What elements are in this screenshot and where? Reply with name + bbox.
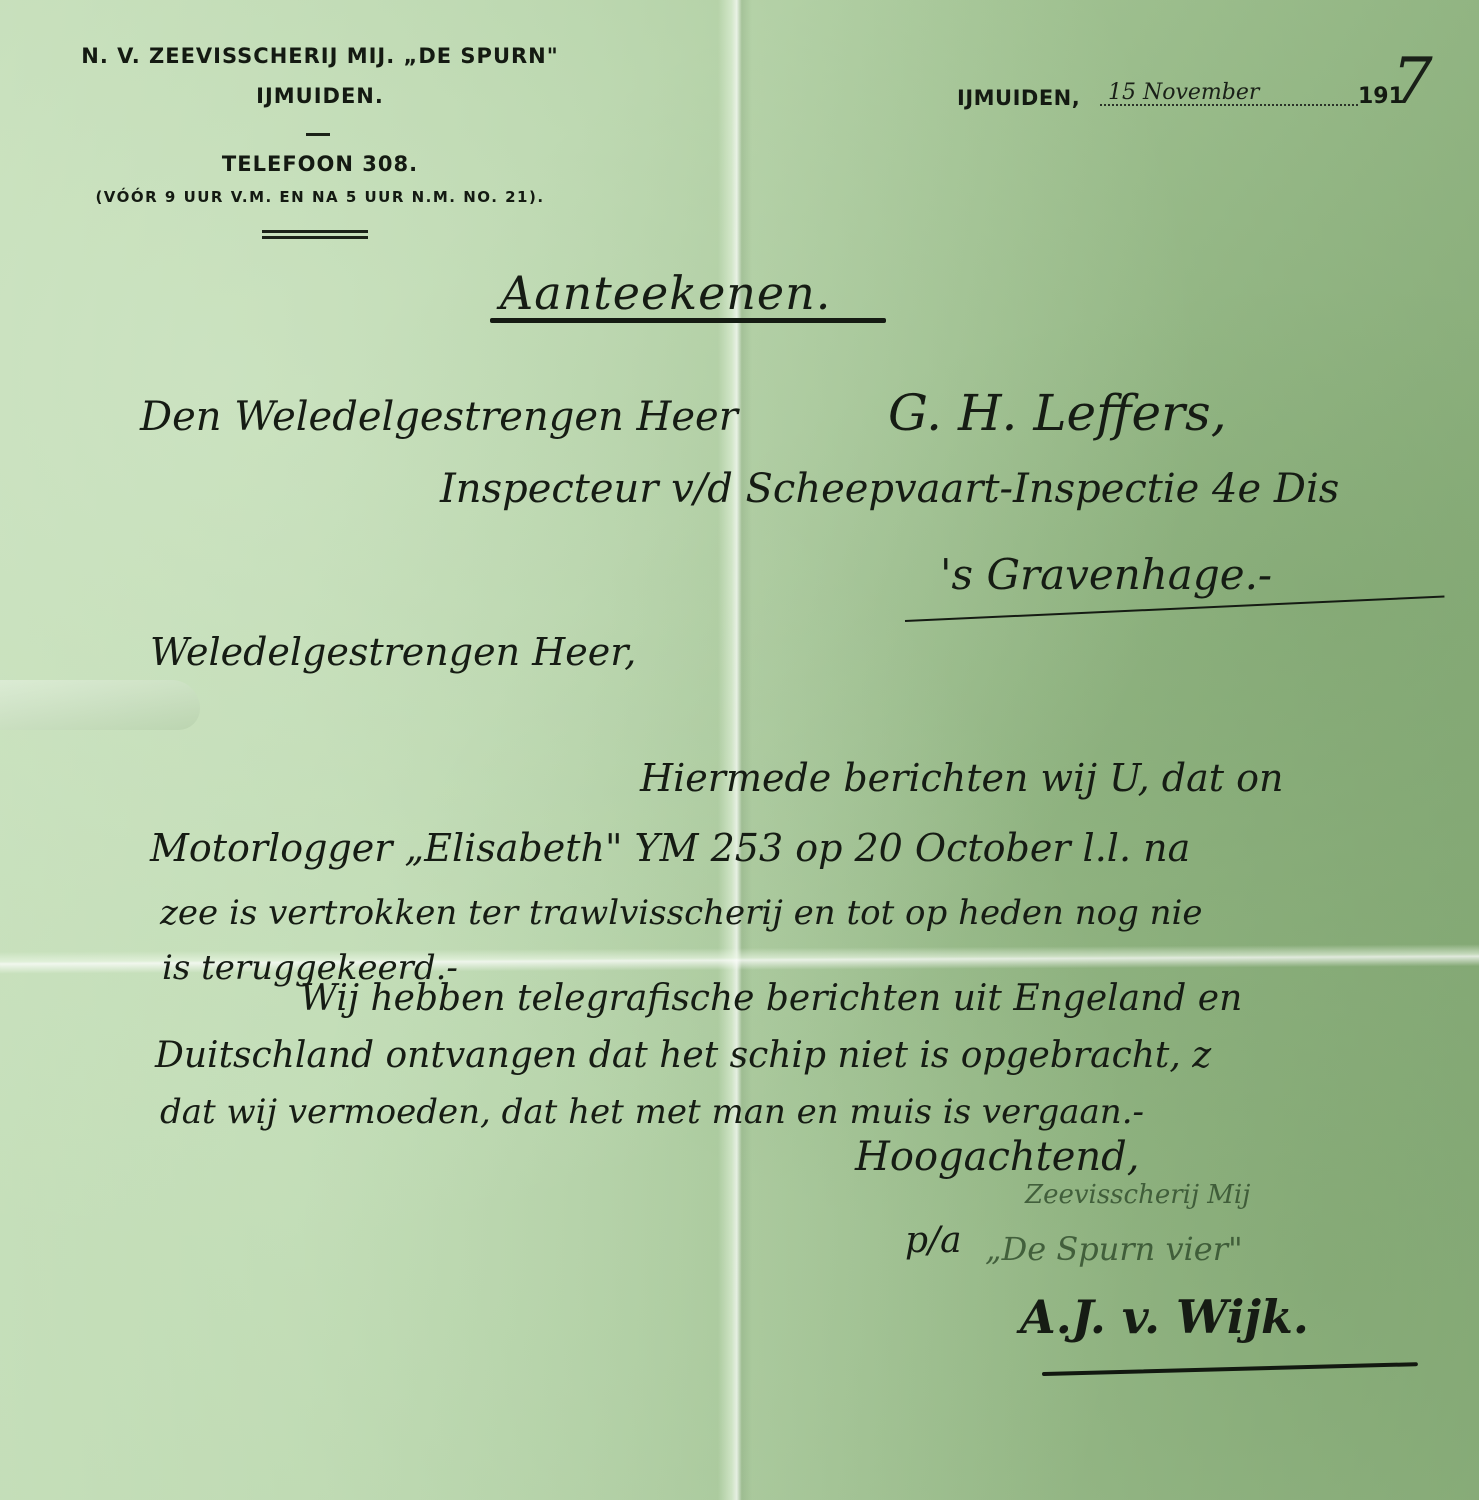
date-day-month: 15 November [1108,80,1259,105]
body-line: Duitschland ontvangen dat het schip niet… [155,1035,1211,1076]
letterhead-city: IJMUIDEN. [40,84,600,108]
company-stamp-line2: „De Spurn vier" [985,1230,1243,1268]
letterhead-divider [306,133,330,136]
letterhead-hours: (VÓÓR 9 UUR V.M. EN NA 5 UUR N.M. NO. 21… [40,188,600,206]
salutation: Weledelgestrengen Heer, [150,630,636,674]
letterhead-phone: TELEFOON 308. [40,152,600,176]
date-year-handwritten: 7 [1392,50,1433,114]
address-honorific: Den Weledelgestrengen Heer [140,394,738,440]
body-line: Motorlogger „Elisabeth" YM 253 op 20 Oct… [150,826,1190,870]
left-edge-crease [0,680,200,730]
letterhead-double-rule-top [262,230,368,233]
address-name: G. H. Leffers, [888,384,1227,442]
address-title: Inspecteur v/d Scheepvaart-Inspectie 4e … [440,466,1339,512]
body-line: dat wij vermoeden, dat het met man en mu… [160,1092,1144,1132]
company-stamp-line1: Zeevisscherij Mij [1025,1180,1250,1210]
date-place: IJMUIDEN, [957,86,1080,110]
per-procuratie-mark: p/a [905,1220,962,1261]
signature: A.J. v. Wijk. [1020,1290,1309,1344]
title-underline [490,318,886,323]
letterhead-company: N. V. ZEEVISSCHERIJ MIJ. „DE SPURN" [40,44,600,68]
document-title: Aanteekenen. [500,266,831,320]
body-line: Hiermede berichten wij U, dat on [640,756,1283,800]
body-line: zee is vertrokken ter trawlvisscherij en… [160,893,1203,933]
address-city: 's Gravenhage.- [940,550,1272,599]
body-line: Wij hebben telegrafische berichten uit E… [300,978,1242,1019]
vertical-fold-crease [718,0,752,1500]
closing: Hoogachtend, [855,1134,1140,1180]
letterhead-double-rule-bottom [262,236,368,239]
